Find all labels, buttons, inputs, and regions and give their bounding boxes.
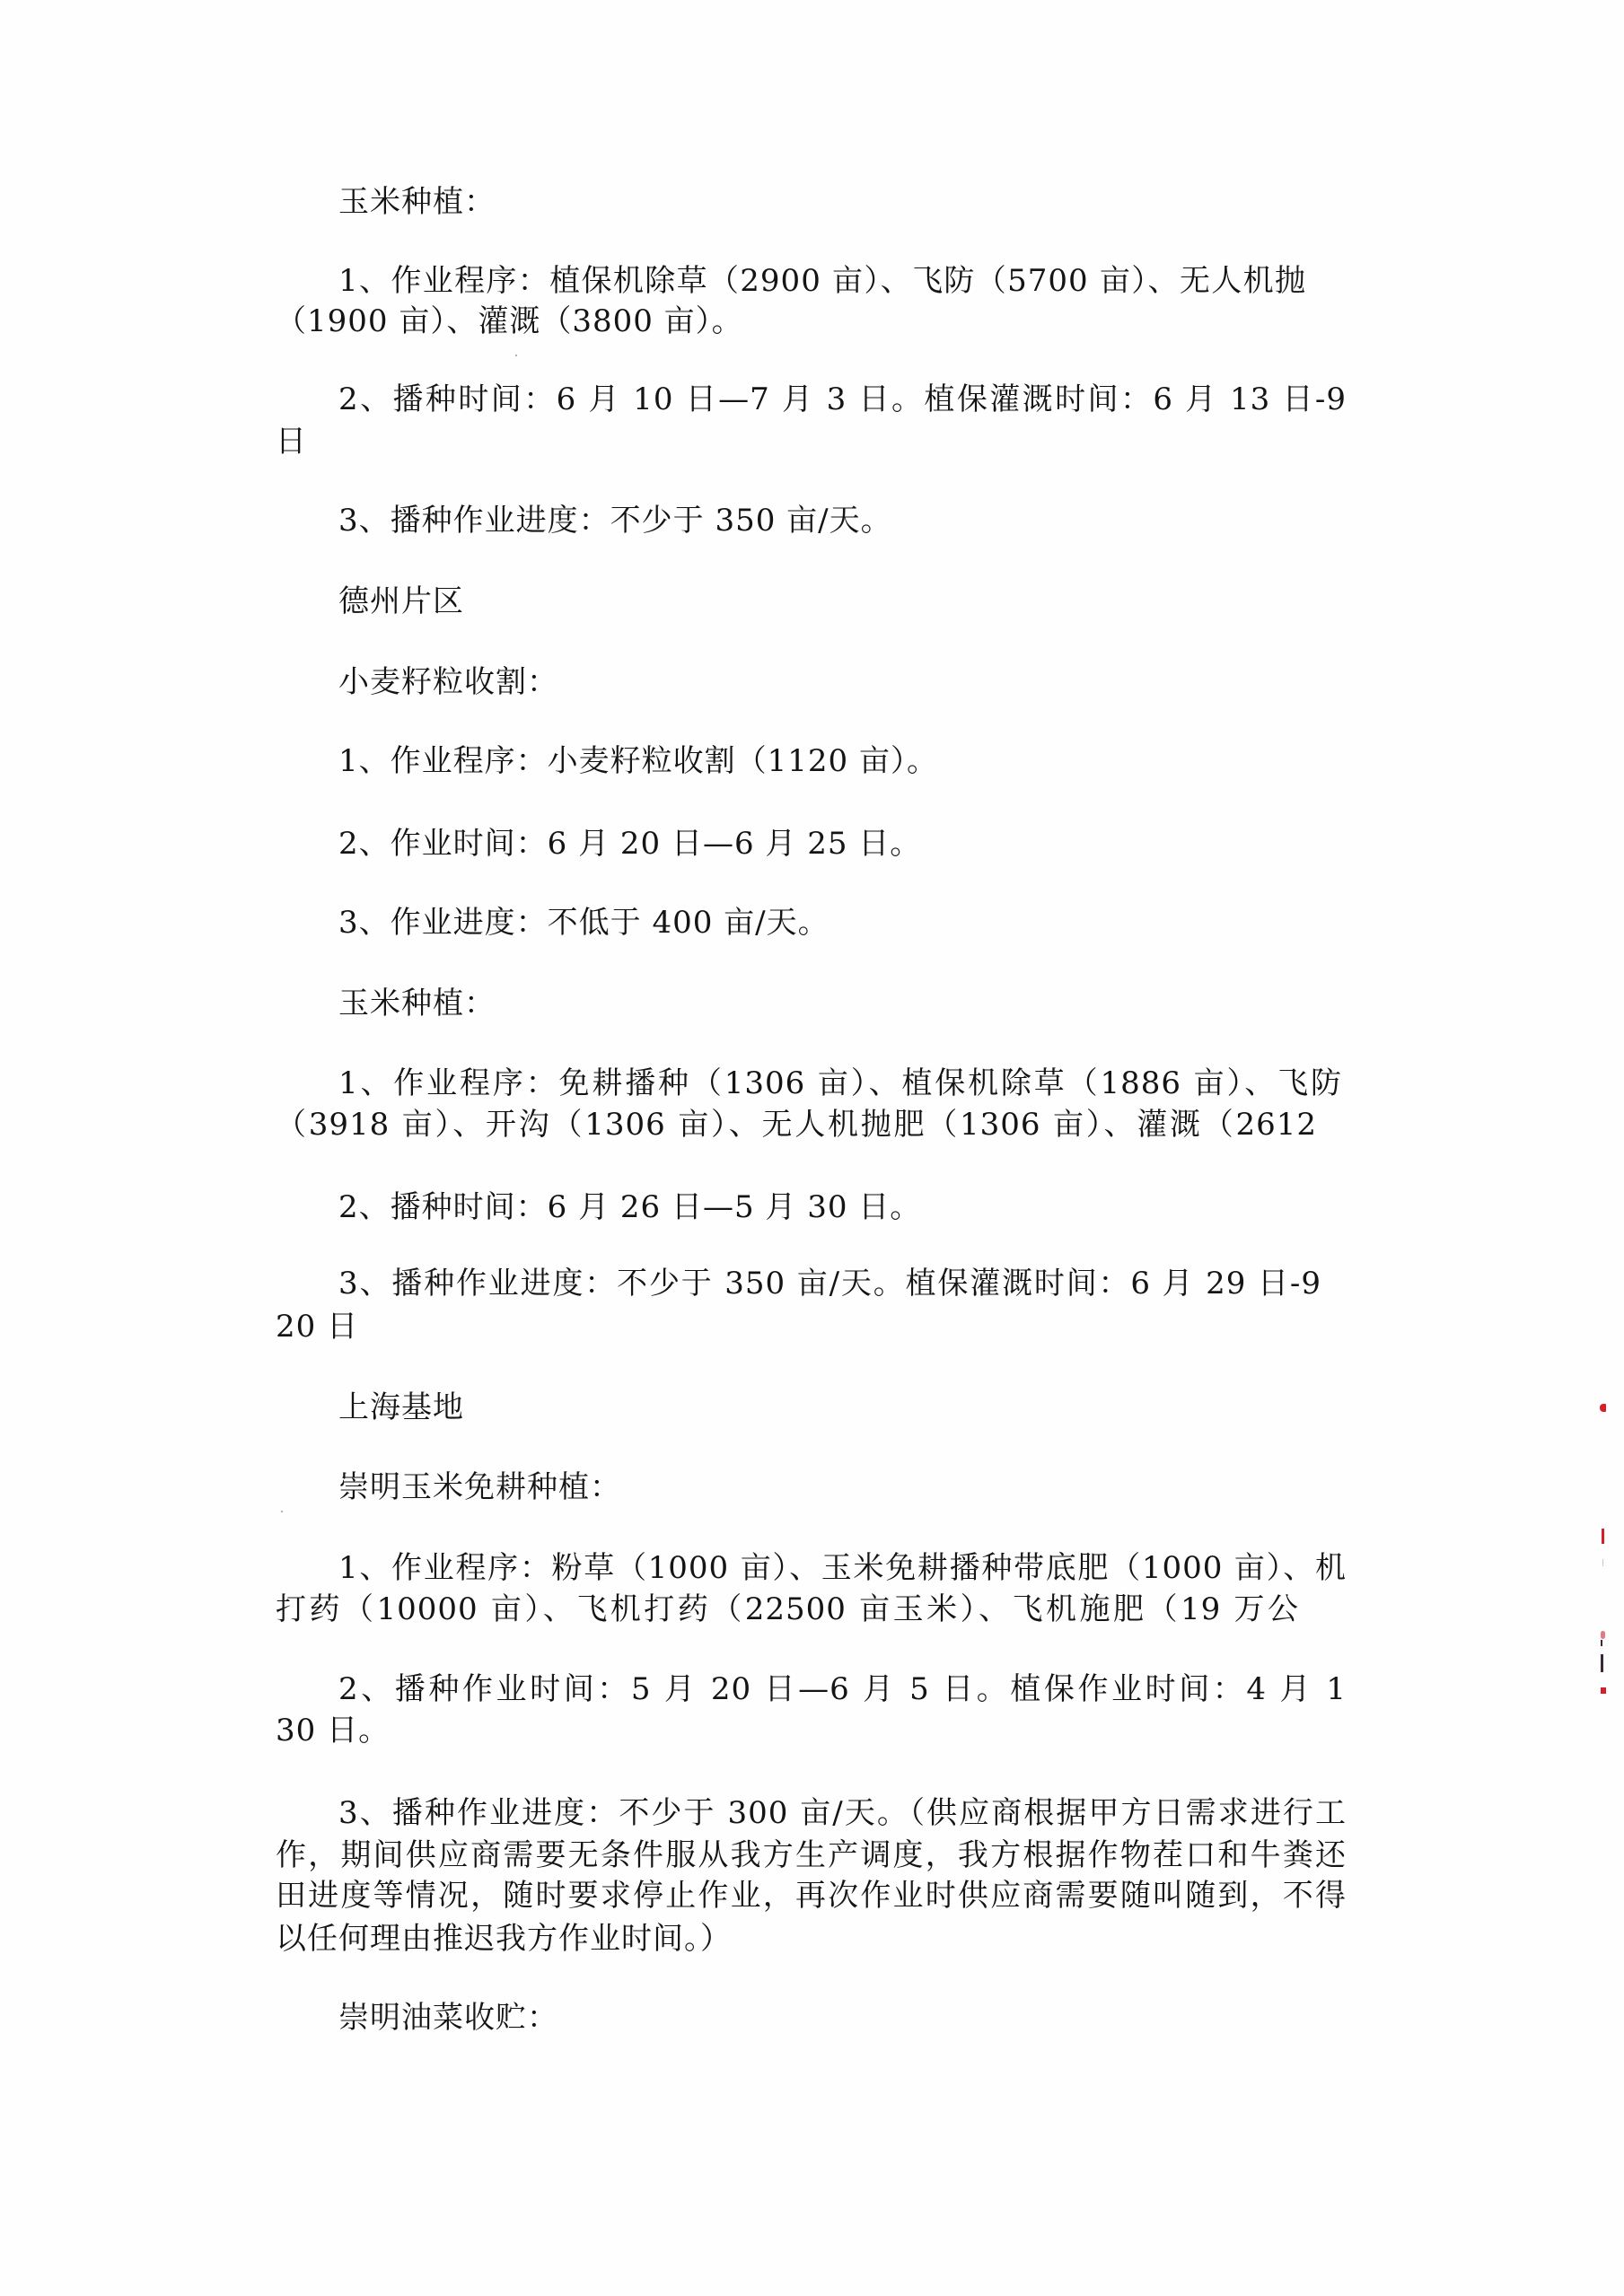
- seal-fragment-mark: [1600, 1404, 1606, 1412]
- seal-fragment-mark: [1601, 1640, 1602, 1646]
- item-1-line-2: （3918 亩）、开沟（1306 亩）、无人机抛肥（1306 亩）、灌溉（261…: [276, 1104, 1317, 1145]
- seal-fragment-mark: [1601, 1687, 1606, 1694]
- item-2-line-1: 2、播种时间：6 月 26 日—5 月 30 日。: [338, 1187, 921, 1228]
- section-heading-chongming-rapeseed: 崇明油菜收贮：: [338, 1997, 558, 2038]
- item-1-line-2: 打药（10000 亩）、飞机打药（22500 亩玉米）、飞机施肥（19 万公斤）…: [276, 1589, 1299, 1630]
- item-3-line-1: 3、作业进度：不低于 400 亩/天。: [338, 902, 830, 943]
- seal-fragment-mark: [1602, 1559, 1603, 1566]
- seal-fragment-mark: [1602, 1529, 1604, 1544]
- item-3-line-2: 20 日: [276, 1306, 358, 1347]
- item-3-line-3: 田进度等情况，随时要求停止作业，再次作业时供应商需要随叫随到，不得: [276, 1875, 1347, 1916]
- scan-speck: [281, 1511, 283, 1512]
- item-1-line-1: 1、作业程序：小麦籽粒收割（1120 亩）。: [338, 741, 938, 782]
- item-1-line-2: （1900 亩）、灌溉（3800 亩）。: [276, 301, 743, 342]
- document-page: 玉米种植： 1、作业程序：植保机除草（2900 亩）、飞防（5700 亩）、无人…: [0, 0, 1624, 2296]
- item-2-line-2: 日: [276, 421, 307, 462]
- item-3-line-1: 3、播种作业进度：不少于 350 亩/天。植保灌溉时间：6 月 29 日-9 月: [338, 1263, 1321, 1304]
- item-1-line-1: 1、作业程序：免耕播种（1306 亩）、植保机除草（1886 亩）、飞防: [338, 1063, 1342, 1104]
- item-1-line-1: 1、作业程序：粉草（1000 亩）、玉米免耕播种带底肥（1000 亩）、机械: [338, 1547, 1347, 1589]
- region-heading-dezhou: 德州片区: [338, 581, 464, 622]
- item-3-line-1: 3、播种作业进度：不少于 300 亩/天。（供应商根据甲方日需求进行工: [338, 1792, 1347, 1834]
- region-heading-shanghai: 上海基地: [338, 1387, 464, 1428]
- section-heading-corn-planting: 玉米种植：: [338, 983, 496, 1024]
- seal-fragment-mark: [1601, 1631, 1605, 1639]
- section-heading-corn-planting: 玉米种植：: [338, 181, 496, 223]
- section-heading-chongming-corn: 崇明玉米免耕种植：: [338, 1467, 621, 1508]
- item-1-line-1: 1、作业程序：植保机除草（2900 亩）、飞防（5700 亩）、无人机抛肥: [338, 260, 1306, 302]
- item-3-line-1: 3、播种作业进度：不少于 350 亩/天。: [338, 500, 892, 541]
- item-2-line-2: 30 日。: [276, 1710, 390, 1751]
- item-2-line-1: 2、作业时间：6 月 20 日—6 月 25 日。: [338, 823, 921, 864]
- section-heading-wheat-harvest: 小麦籽粒收割：: [338, 662, 558, 703]
- scan-speck: [515, 355, 517, 356]
- item-2-line-1: 2、播种时间：6 月 10 日—7 月 3 日。植保灌溉时间：6 月 13 日-…: [338, 379, 1347, 420]
- seal-fragment-mark: [1601, 1654, 1603, 1672]
- item-3-line-2: 作，期间供应商需要无条件服从我方生产调度，我方根据作物茬口和牛粪还: [276, 1835, 1347, 1876]
- item-2-line-1: 2、播种作业时间：5 月 20 日—6 月 5 日。植保作业时间：4 月 1 日…: [338, 1669, 1347, 1710]
- item-3-line-4: 以任何理由推迟我方作业时间。）: [276, 1918, 732, 1959]
